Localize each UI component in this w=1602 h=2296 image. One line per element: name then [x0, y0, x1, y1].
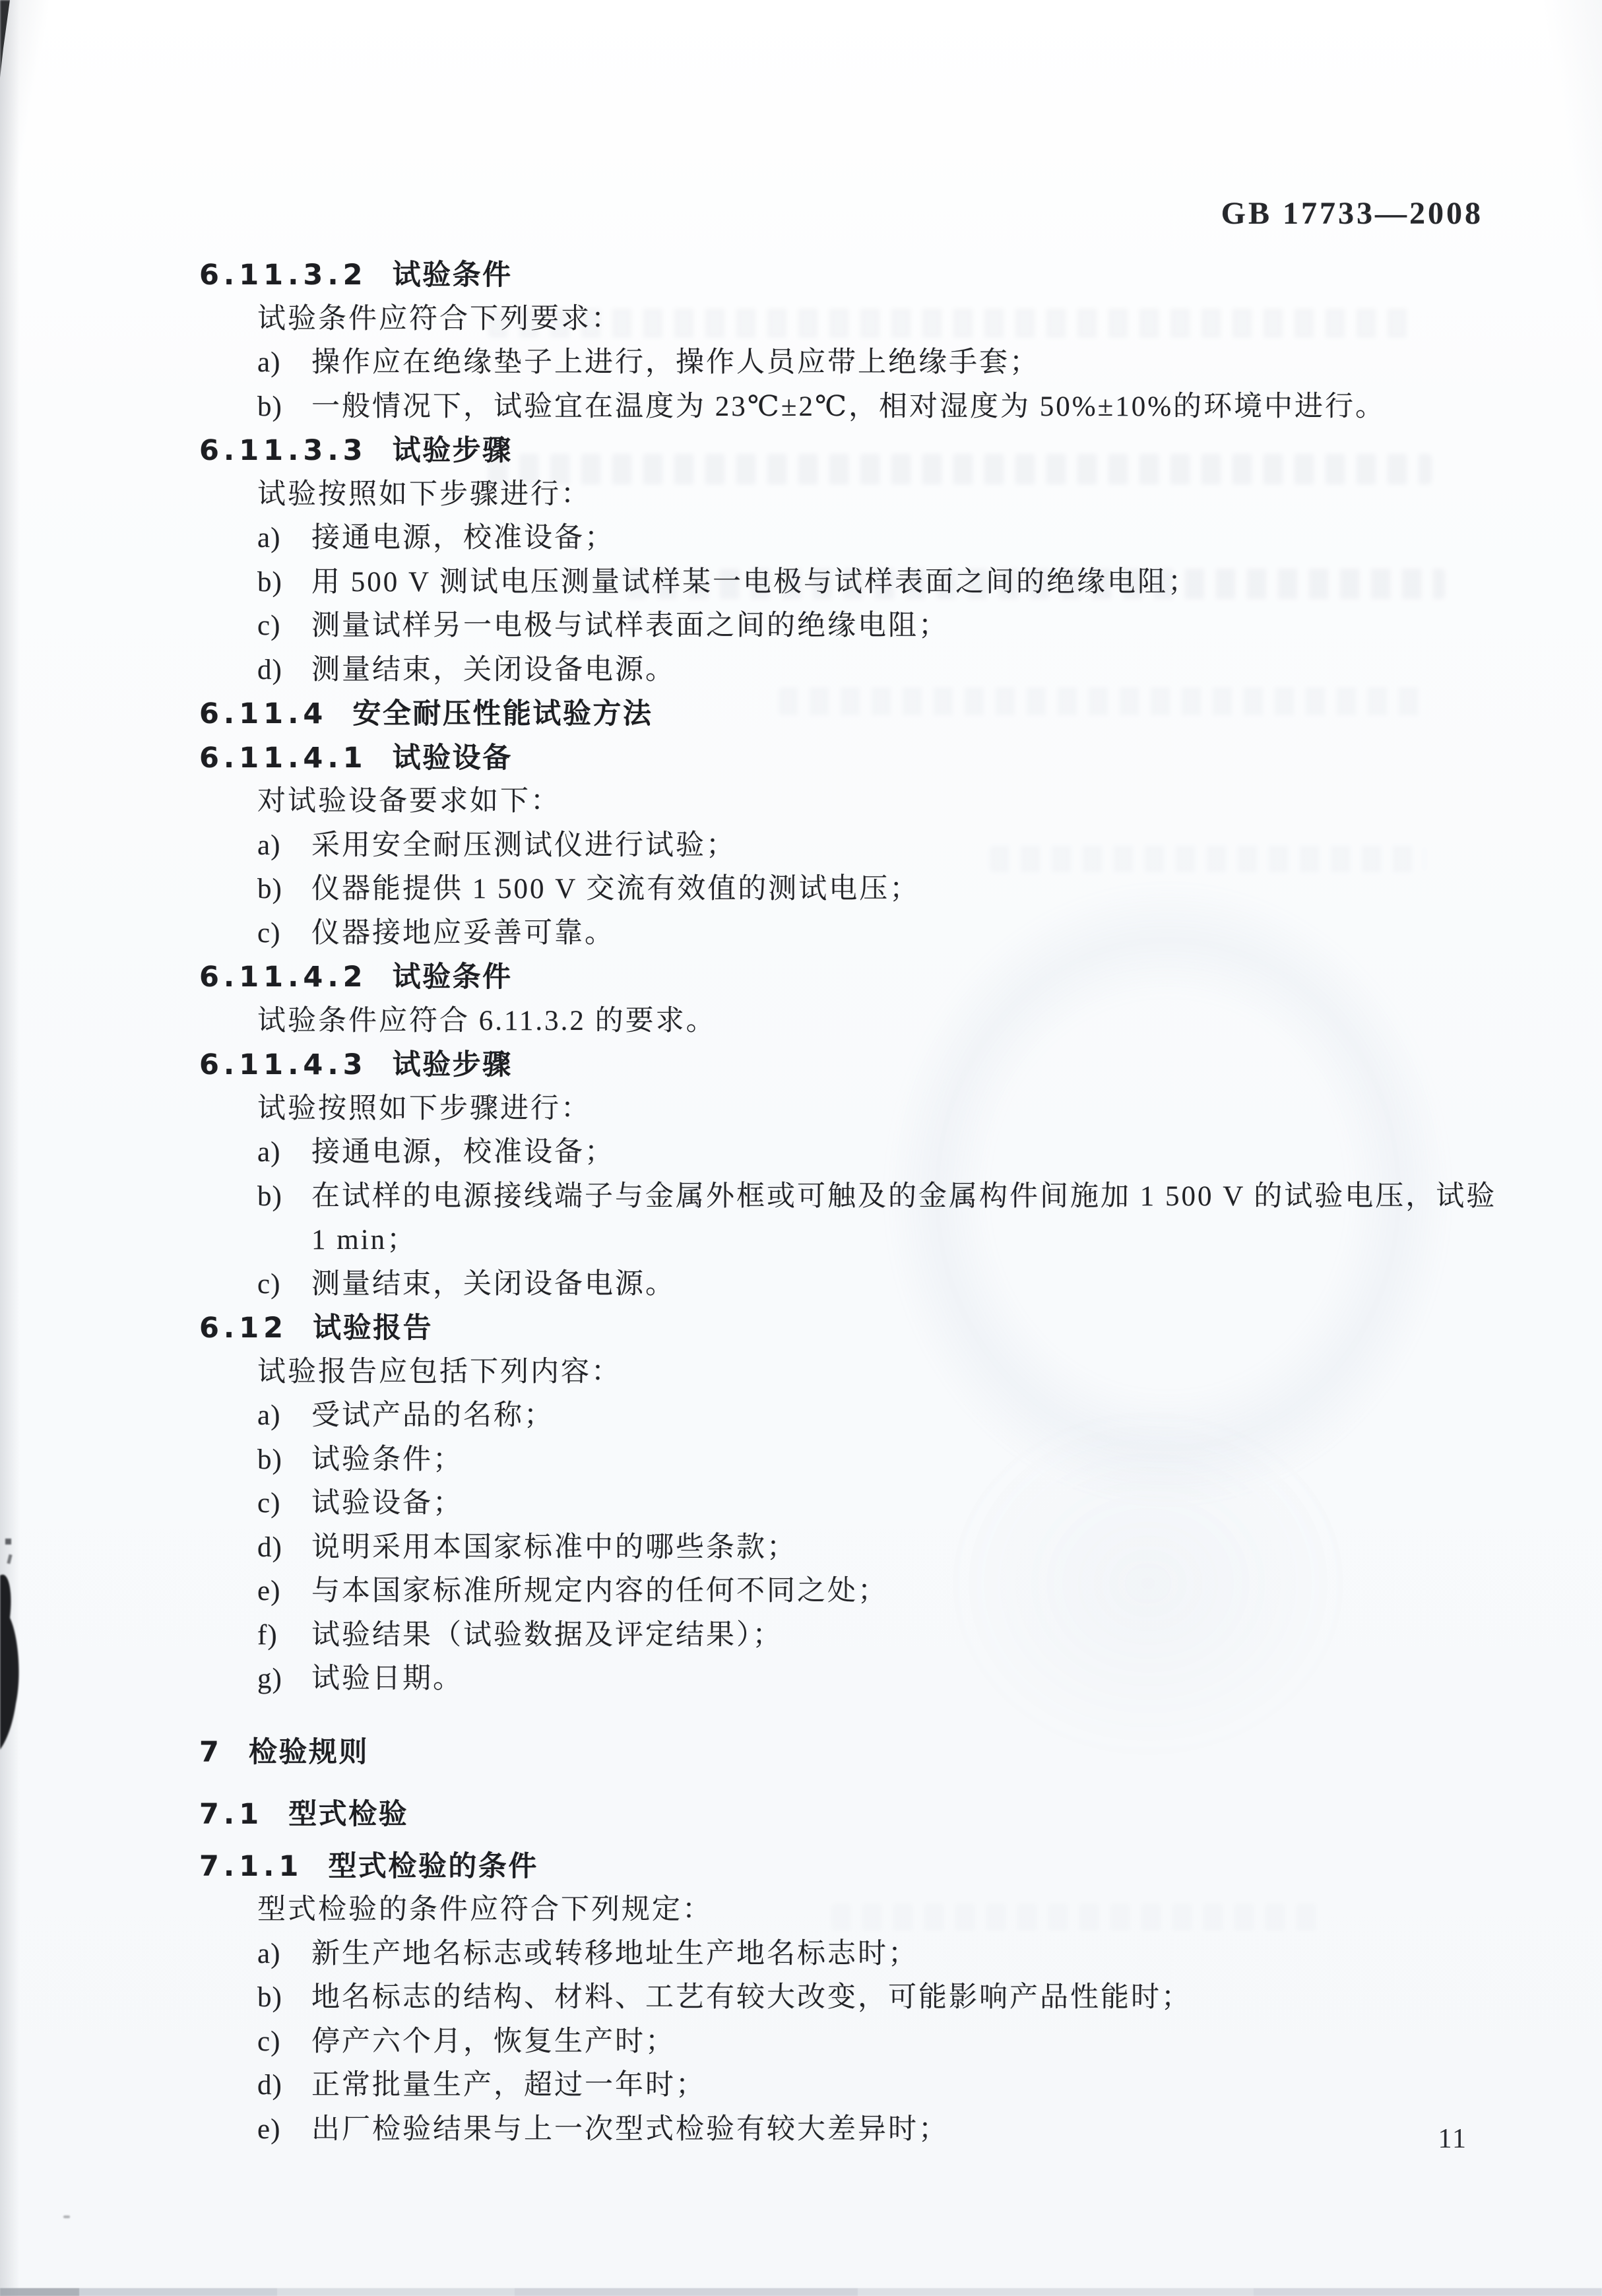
list-item-marker: b)	[257, 561, 282, 605]
clause-heading: 6.11.3.2试验条件	[199, 253, 1420, 298]
list-item-marker: a)	[257, 341, 280, 385]
list-item: c)测量试样另一电极与试样表面之间的绝缘电阻；	[199, 604, 1420, 649]
list-item-text: 与本国家标准所规定内容的任何不同之处；	[311, 1576, 888, 1607]
scan-ink-blot	[0, 1537, 30, 1762]
list-item-text: 采用安全耐压测试仪进行试验；	[311, 830, 736, 861]
list-item: a)接通电源，校准设备；	[199, 517, 1420, 561]
scan-bottom-edge	[0, 2288, 1602, 2296]
list-item-text: 试验结果（试验数据及评定结果）；	[311, 1620, 783, 1651]
paragraph: 试验按照如下步骤进行：	[199, 1087, 1420, 1132]
list-item-marker: g)	[257, 1657, 282, 1702]
list-item-marker: c)	[257, 1482, 280, 1526]
list-item-marker: d)	[257, 649, 282, 693]
list-item-text: 说明采用本国家标准中的哪些条款；	[311, 1532, 797, 1563]
list-item-text: 接通电源，校准设备；	[311, 1137, 615, 1168]
clause-title: 检验规则	[249, 1736, 369, 1769]
scan-corner-mark	[0, 0, 12, 78]
clause-title: 型式检验	[288, 1798, 408, 1831]
clause-heading: 6.11.4安全耐压性能试验方法	[199, 692, 1420, 736]
list-item: a)接通电源，校准设备；	[199, 1131, 1420, 1175]
clause-heading: 7.1.1型式检验的条件	[199, 1845, 1420, 1889]
list-item-marker: e)	[257, 2108, 280, 2152]
paragraph: 试验报告应包括下列内容：	[199, 1351, 1420, 1395]
list-item-marker: a)	[257, 517, 280, 561]
list-item-text: 在试样的电源接线端子与金属外框或可触及的金属构件间施加 1 500 V 的试验电…	[311, 1181, 1496, 1212]
scanned-document-page: GB 17733—2008 11 6.11.3.2试验条件试验条件应符合下列要求…	[0, 0, 1602, 2296]
list-item: f)试验结果（试验数据及评定结果）；	[199, 1614, 1420, 1658]
list-item: b)在试样的电源接线端子与金属外框或可触及的金属构件间施加 1 500 V 的试…	[199, 1175, 1420, 1219]
list-item-text: 试验条件；	[311, 1444, 463, 1475]
list-item-text: 新生产地名标志或转移地址生产地名标志时；	[311, 1938, 918, 1969]
clause-heading: 6.11.4.1试验设备	[199, 736, 1420, 781]
chapter-heading: 7检验规则	[199, 1731, 1420, 1775]
list-item: d)正常批量生产，超过一年时；	[199, 2064, 1420, 2108]
list-item-marker: b)	[257, 1976, 282, 2020]
list-item-text: 测量试样另一电极与试样表面之间的绝缘电阻；	[311, 610, 949, 641]
clause-number: 7	[199, 1736, 224, 1769]
list-item-marker: d)	[257, 2064, 282, 2108]
standard-number: GB 17733—2008	[1221, 195, 1483, 232]
list-item-text: 停产六个月，恢复生产时；	[311, 2026, 676, 2057]
list-item-text: 仪器能提供 1 500 V 交流有效值的测试电压；	[311, 874, 920, 905]
list-item: d)测量结束，关闭设备电源。	[199, 649, 1420, 693]
clause-heading: 6.11.4.3试验步骤	[199, 1043, 1420, 1087]
list-item: a)操作应在绝缘垫子上进行，操作人员应带上绝缘手套；	[199, 341, 1420, 385]
list-item-marker: c)	[257, 912, 280, 956]
list-item: e)出厂检验结果与上一次型式检验有较大差异时；	[199, 2108, 1420, 2152]
list-item: d)说明采用本国家标准中的哪些条款；	[199, 1526, 1420, 1570]
list-item: e)与本国家标准所规定内容的任何不同之处；	[199, 1570, 1420, 1614]
clause-number: 6.11.4	[199, 697, 327, 730]
clause-number: 6.11.3.3	[199, 434, 368, 467]
page-number: 11	[1438, 2123, 1467, 2155]
paragraph: 对试验设备要求如下：	[199, 780, 1420, 824]
clause-title: 安全耐压性能试验方法	[352, 697, 653, 730]
clause-number: 6.11.4.1	[199, 742, 368, 775]
list-item: c)试验设备；	[199, 1482, 1420, 1526]
clause-number: 7.1	[199, 1798, 263, 1831]
paragraph: 型式检验的条件应符合下列规定：	[199, 1888, 1420, 1932]
list-item: g)试验日期。	[199, 1657, 1420, 1702]
list-item-text: 受试产品的名称；	[311, 1400, 554, 1431]
clause-heading: 6.12试验报告	[199, 1306, 1420, 1351]
list-item-marker: b)	[257, 1438, 282, 1483]
list-item: c)停产六个月，恢复生产时；	[199, 2020, 1420, 2064]
list-item-marker: c)	[257, 2020, 280, 2064]
clause-number: 6.11.4.3	[199, 1048, 368, 1081]
list-item-text: 地名标志的结构、材料、工艺有较大改变，可能影响产品性能时；	[311, 1982, 1192, 2013]
list-item-text: 测量结束，关闭设备电源。	[311, 1269, 676, 1300]
list-item-text: 一般情况下，试验宜在温度为 23℃±2℃，相对湿度为 50%±10%的环境中进行…	[311, 391, 1386, 422]
clause-number: 6.11.3.2	[199, 259, 368, 292]
list-item-marker: a)	[257, 1932, 280, 1977]
list-item-marker: b)	[257, 1175, 282, 1219]
list-item: a)新生产地名标志或转移地址生产地名标志时；	[199, 1932, 1420, 1977]
clause-title: 型式检验的条件	[328, 1850, 538, 1883]
list-item: b)用 500 V 测试电压测量试样某一电极与试样表面之间的绝缘电阻；	[199, 561, 1420, 605]
list-item-text: 正常批量生产，超过一年时；	[311, 2070, 706, 2101]
scan-speck	[63, 2216, 70, 2218]
list-item: b)一般情况下，试验宜在温度为 23℃±2℃，相对湿度为 50%±10%的环境中…	[199, 385, 1420, 430]
list-item-text: 操作应在绝缘垫子上进行，操作人员应带上绝缘手套；	[311, 347, 1040, 378]
list-item-marker: a)	[257, 824, 280, 868]
list-item: b)地名标志的结构、材料、工艺有较大改变，可能影响产品性能时；	[199, 1976, 1420, 2020]
list-item-marker: a)	[257, 1131, 280, 1175]
list-item: a)受试产品的名称；	[199, 1394, 1420, 1438]
list-item-text: 仪器接地应妥善可靠。	[311, 918, 615, 949]
list-item-marker: f)	[257, 1614, 278, 1658]
clause-title: 试验报告	[313, 1312, 433, 1345]
clause-heading: 6.11.4.2试验条件	[199, 955, 1420, 1000]
clause-number: 6.11.4.2	[199, 961, 368, 994]
list-item-marker: c)	[257, 604, 280, 649]
clause-title: 试验条件	[393, 961, 513, 994]
list-item: b)试验条件；	[199, 1438, 1420, 1483]
paragraph: 试验条件应符合下列要求：	[199, 298, 1420, 342]
clause-title: 试验条件	[393, 259, 513, 292]
clause-number: 7.1.1	[199, 1850, 303, 1883]
clause-title: 试验设备	[393, 742, 513, 775]
list-item-text: 试验日期。	[311, 1663, 463, 1694]
document-body: 6.11.3.2试验条件试验条件应符合下列要求：a)操作应在绝缘垫子上进行，操作…	[199, 253, 1420, 2152]
clause-title: 试验步骤	[393, 434, 513, 467]
clause-heading: 7.1型式检验	[199, 1793, 1420, 1837]
clause-number: 6.12	[199, 1312, 288, 1345]
list-item-text: 用 500 V 测试电压测量试样某一电极与试样表面之间的绝缘电阻；	[311, 567, 1198, 598]
list-item-marker: e)	[257, 1570, 280, 1614]
list-item-continuation: 1 min；	[199, 1219, 1420, 1263]
list-item: c)仪器接地应妥善可靠。	[199, 912, 1420, 956]
list-item-marker: a)	[257, 1394, 280, 1438]
list-item: a)采用安全耐压测试仪进行试验；	[199, 824, 1420, 868]
paragraph: 试验按照如下步骤进行：	[199, 473, 1420, 517]
list-item-marker: d)	[257, 1526, 282, 1570]
list-item: c)测量结束，关闭设备电源。	[199, 1263, 1420, 1307]
list-item-marker: b)	[257, 385, 282, 430]
list-item-text: 接通电源，校准设备；	[311, 523, 615, 554]
list-item-text: 试验设备；	[311, 1488, 463, 1519]
list-item-marker: b)	[257, 868, 282, 912]
list-item: b)仪器能提供 1 500 V 交流有效值的测试电压；	[199, 868, 1420, 912]
list-item-marker: c)	[257, 1263, 280, 1307]
clause-title: 试验步骤	[393, 1048, 513, 1081]
list-item-text: 出厂检验结果与上一次型式检验有较大差异时；	[311, 2114, 949, 2145]
clause-heading: 6.11.3.3试验步骤	[199, 429, 1420, 473]
scan-edge-shadow	[0, 0, 20, 2296]
list-item-text: 测量结束，关闭设备电源。	[311, 654, 676, 686]
paragraph: 试验条件应符合 6.11.3.2 的要求。	[199, 1000, 1420, 1044]
